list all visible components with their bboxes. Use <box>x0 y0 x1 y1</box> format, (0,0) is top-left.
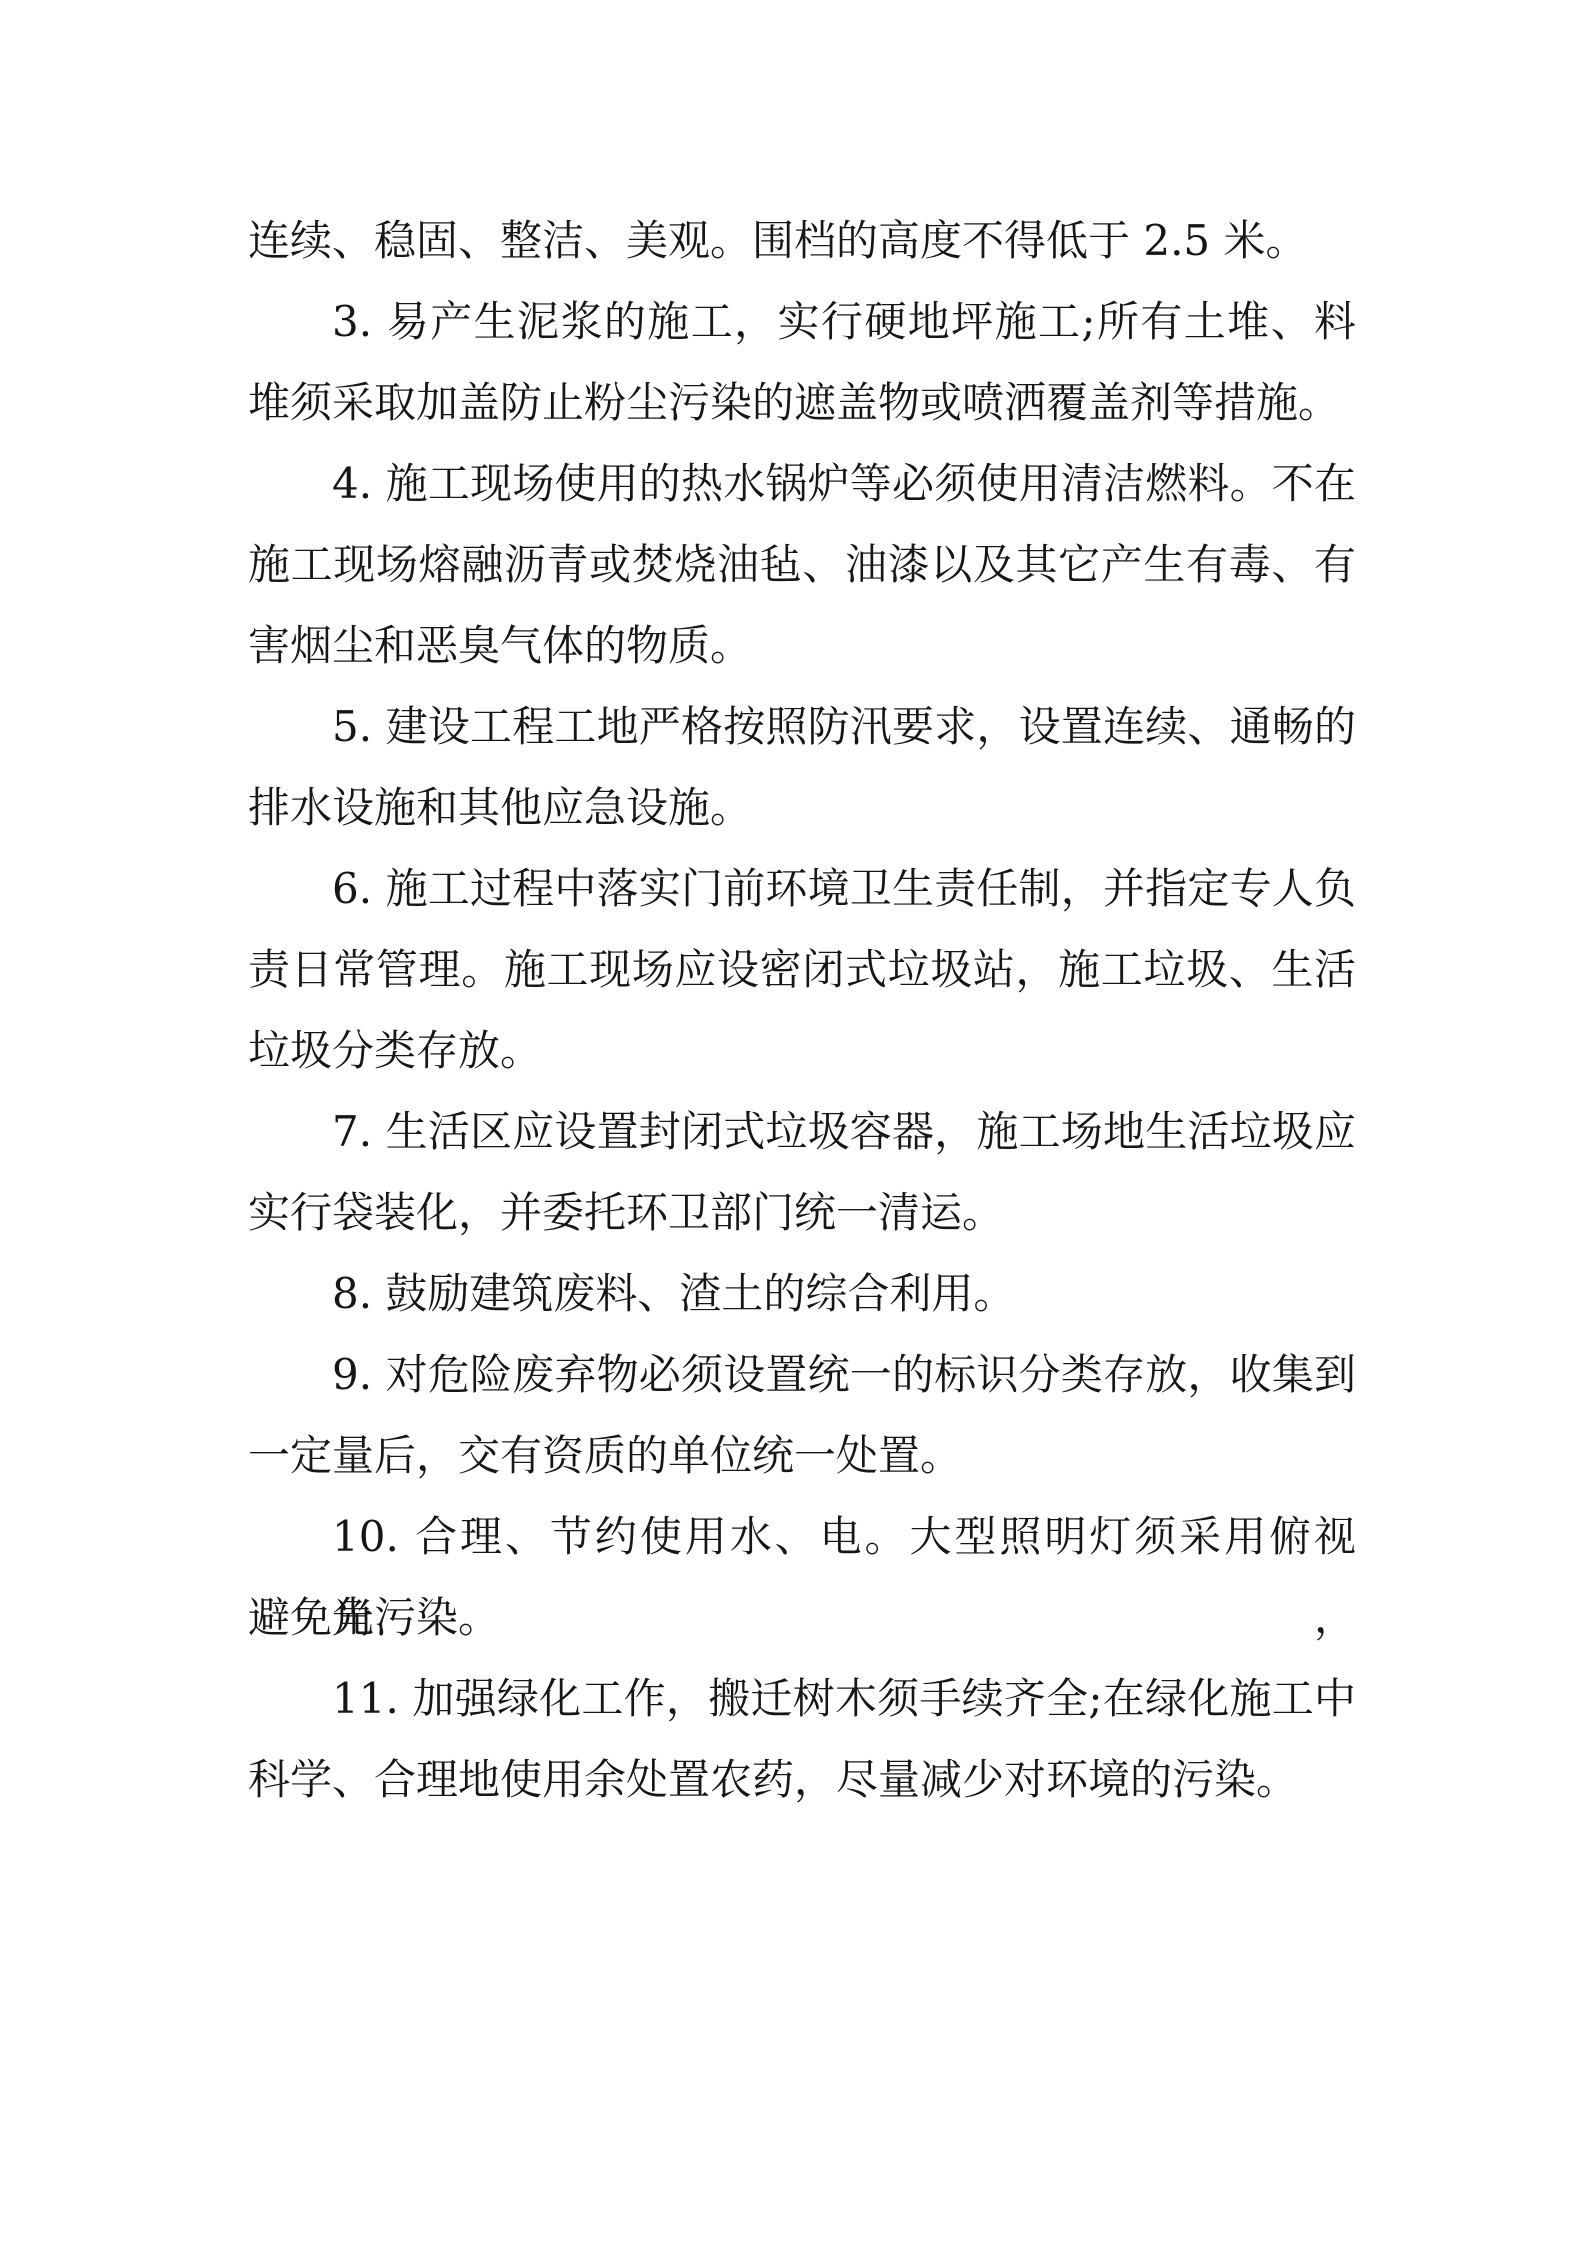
text-line-2: 3. 易产生泥浆的施工，实行硬地坪施工;所有土堆、料 <box>248 281 1356 362</box>
text-line-15: 9. 对危险废弃物必须设置统一的标识分类存放，收集到 <box>248 1334 1356 1415</box>
text-line-14: 8. 鼓励建筑废料、渣土的综合利用。 <box>248 1253 1356 1334</box>
text-line-1: 连续、稳固、整洁、美观。围档的高度不得低于 2.5 米。 <box>248 200 1356 281</box>
text-line-7: 5. 建设工程工地严格按照防汛要求，设置连续、通畅的 <box>248 686 1356 767</box>
document-page: 连续、稳固、整洁、美观。围档的高度不得低于 2.5 米。3. 易产生泥浆的施工，… <box>0 0 1587 2245</box>
text-line-5: 施工现场熔融沥青或焚烧油毡、油漆以及其它产生有毒、有 <box>248 524 1356 605</box>
text-line-17: 10. 合理、节约使用水、电。大型照明灯须采用俯视角， <box>248 1496 1356 1577</box>
text-line-10: 责日常管理。施工现场应设密闭式垃圾站，施工垃圾、生活 <box>248 929 1356 1010</box>
text-line-19: 11. 加强绿化工作，搬迁树木须手续齐全;在绿化施工中 <box>248 1658 1356 1739</box>
text-line-6: 害烟尘和恶臭气体的物质。 <box>248 605 1356 686</box>
text-line-13: 实行袋装化，并委托环卫部门统一清运。 <box>248 1172 1356 1253</box>
text-line-20: 科学、合理地使用余处置农药，尽量减少对环境的污染。 <box>248 1739 1356 1820</box>
text-line-4: 4. 施工现场使用的热水锅炉等必须使用清洁燃料。不在 <box>248 443 1356 524</box>
text-line-16: 一定量后，交有资质的单位统一处置。 <box>248 1415 1356 1496</box>
text-line-12: 7. 生活区应设置封闭式垃圾容器，施工场地生活垃圾应 <box>248 1091 1356 1172</box>
text-line-3: 堆须采取加盖防止粉尘污染的遮盖物或喷洒覆盖剂等措施。 <box>248 362 1356 443</box>
text-line-11: 垃圾分类存放。 <box>248 1010 1356 1091</box>
document-body: 连续、稳固、整洁、美观。围档的高度不得低于 2.5 米。3. 易产生泥浆的施工，… <box>248 200 1356 1820</box>
text-line-8: 排水设施和其他应急设施。 <box>248 767 1356 848</box>
text-line-9: 6. 施工过程中落实门前环境卫生责任制，并指定专人负 <box>248 848 1356 929</box>
